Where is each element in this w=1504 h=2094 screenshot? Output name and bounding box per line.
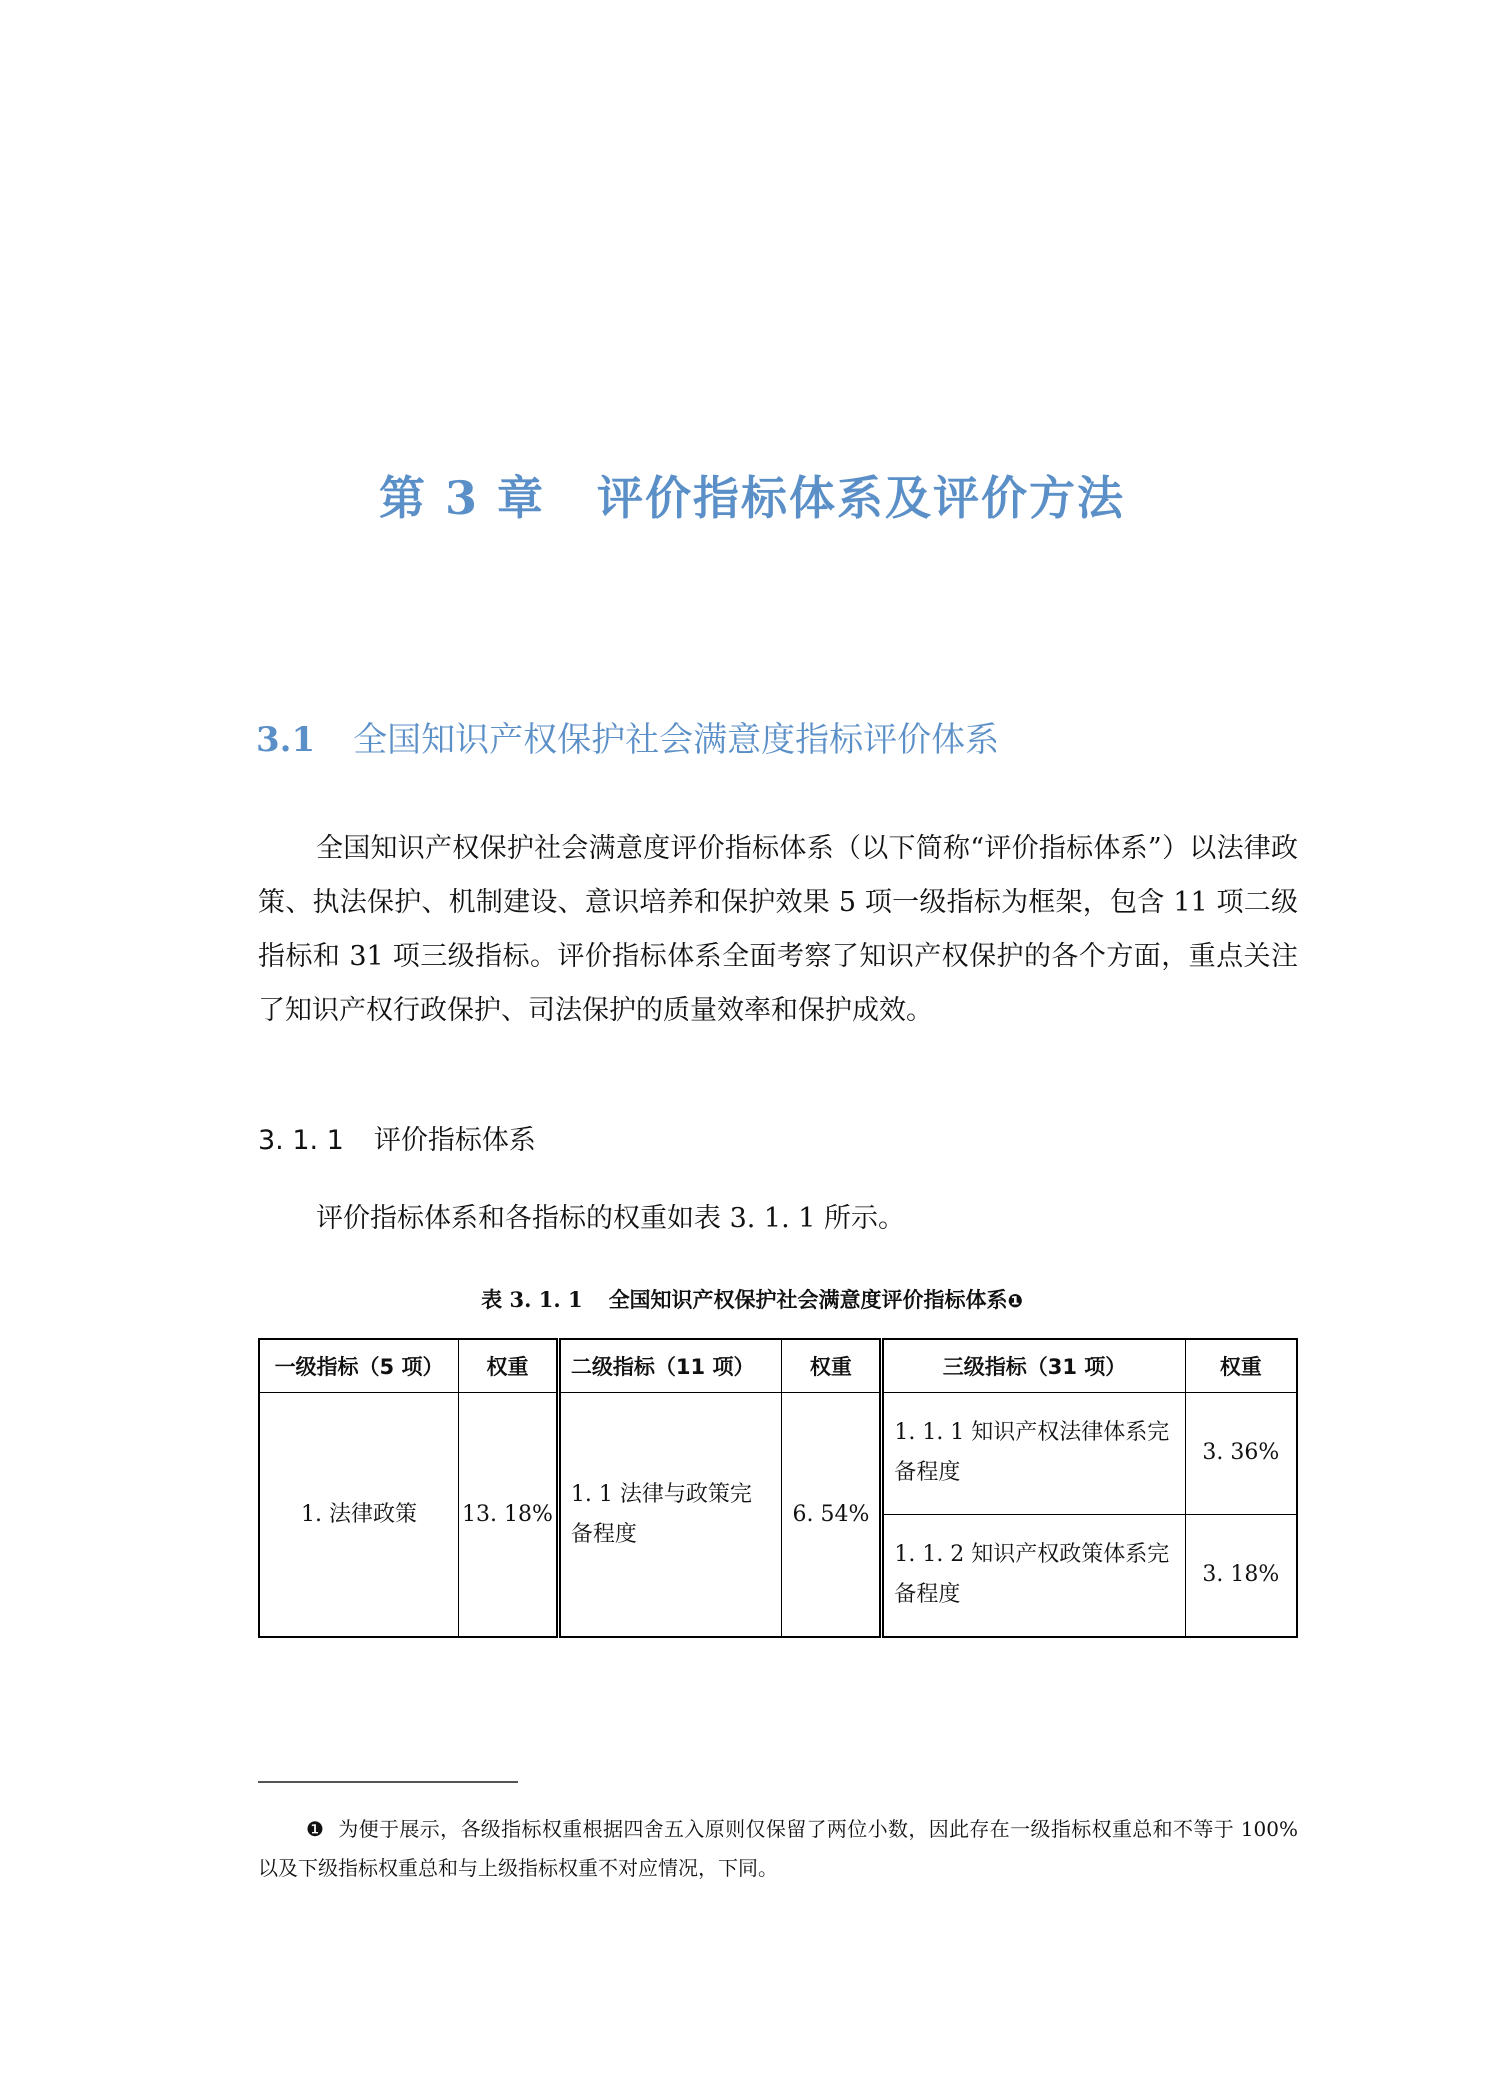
level3-weight-cell: 3. 18% — [1185, 1514, 1297, 1637]
header-level2-weight: 权重 — [782, 1339, 882, 1393]
chapter-title: 第 3 章评价指标体系及评价方法 — [0, 462, 1504, 528]
level1-weight-cell: 13. 18% — [459, 1393, 559, 1638]
header-level1: 一级指标（5 项） — [259, 1339, 459, 1393]
subsection-number: 3. 1. 1 — [258, 1125, 344, 1156]
table-caption-title: 全国知识产权保护社会满意度评价指标体系 — [609, 1288, 1008, 1312]
footnote-divider — [258, 1781, 518, 1783]
section-title-text: 全国知识产权保护社会满意度指标评价体系 — [353, 720, 999, 760]
indicator-table: 一级指标（5 项） 权重 二级指标（11 项） 权重 三级指标（31 项） 权重… — [258, 1338, 1298, 1638]
level2-weight-cell: 6. 54% — [782, 1393, 882, 1638]
table-reference-paragraph: 评价指标体系和各指标的权重如表 3. 1. 1 所示。 — [316, 1196, 905, 1235]
chapter-number: 第 3 章 — [379, 471, 545, 525]
header-level3-weight: 权重 — [1185, 1339, 1297, 1393]
header-level3: 三级指标（31 项） — [882, 1339, 1185, 1393]
footnote-marker-icon[interactable]: ❶ — [1008, 1291, 1023, 1312]
subsection-title-text: 评价指标体系 — [374, 1125, 536, 1156]
footnote-text: 为便于展示，各级指标权重根据四舍五入原则仅保留了两位小数，因此存在一级指标权重总… — [258, 1817, 1298, 1880]
level1-cell: 1. 法律政策 — [259, 1393, 459, 1638]
section-number: 3.1 — [256, 720, 315, 760]
level3-cell: 1. 1. 2 知识产权政策体系完备程度 — [882, 1514, 1185, 1637]
header-level2: 二级指标（11 项） — [558, 1339, 782, 1393]
table-caption-number: 表 3. 1. 1 — [481, 1287, 582, 1312]
table-header-row: 一级指标（5 项） 权重 二级指标（11 项） 权重 三级指标（31 项） 权重 — [259, 1339, 1297, 1393]
intro-paragraph-block: 全国知识产权保护社会满意度评价指标体系（以下简称“评价指标体系”）以法律政策、执… — [258, 822, 1298, 1038]
footnote-number-icon: ❶ — [306, 1817, 324, 1841]
intro-paragraph: 全国知识产权保护社会满意度评价指标体系（以下简称“评价指标体系”）以法律政策、执… — [258, 822, 1298, 1038]
section-heading: 3.1全国知识产权保护社会满意度指标评价体系 — [256, 712, 999, 761]
table-row: 1. 法律政策 13. 18% 1. 1 法律与政策完备程度 6. 54% 1.… — [259, 1393, 1297, 1515]
chapter-title-text: 评价指标体系及评价方法 — [597, 471, 1125, 525]
header-level1-weight: 权重 — [459, 1339, 559, 1393]
footnote: ❶为便于展示，各级指标权重根据四舍五入原则仅保留了两位小数，因此存在一级指标权重… — [258, 1810, 1298, 1888]
level3-cell: 1. 1. 1 知识产权法律体系完备程度 — [882, 1393, 1185, 1515]
subsection-heading: 3. 1. 1评价指标体系 — [258, 1118, 536, 1157]
level2-cell: 1. 1 法律与政策完备程度 — [558, 1393, 782, 1638]
table-caption: 表 3. 1. 1全国知识产权保护社会满意度评价指标体系❶ — [0, 1284, 1504, 1314]
level3-weight-cell: 3. 36% — [1185, 1393, 1297, 1515]
